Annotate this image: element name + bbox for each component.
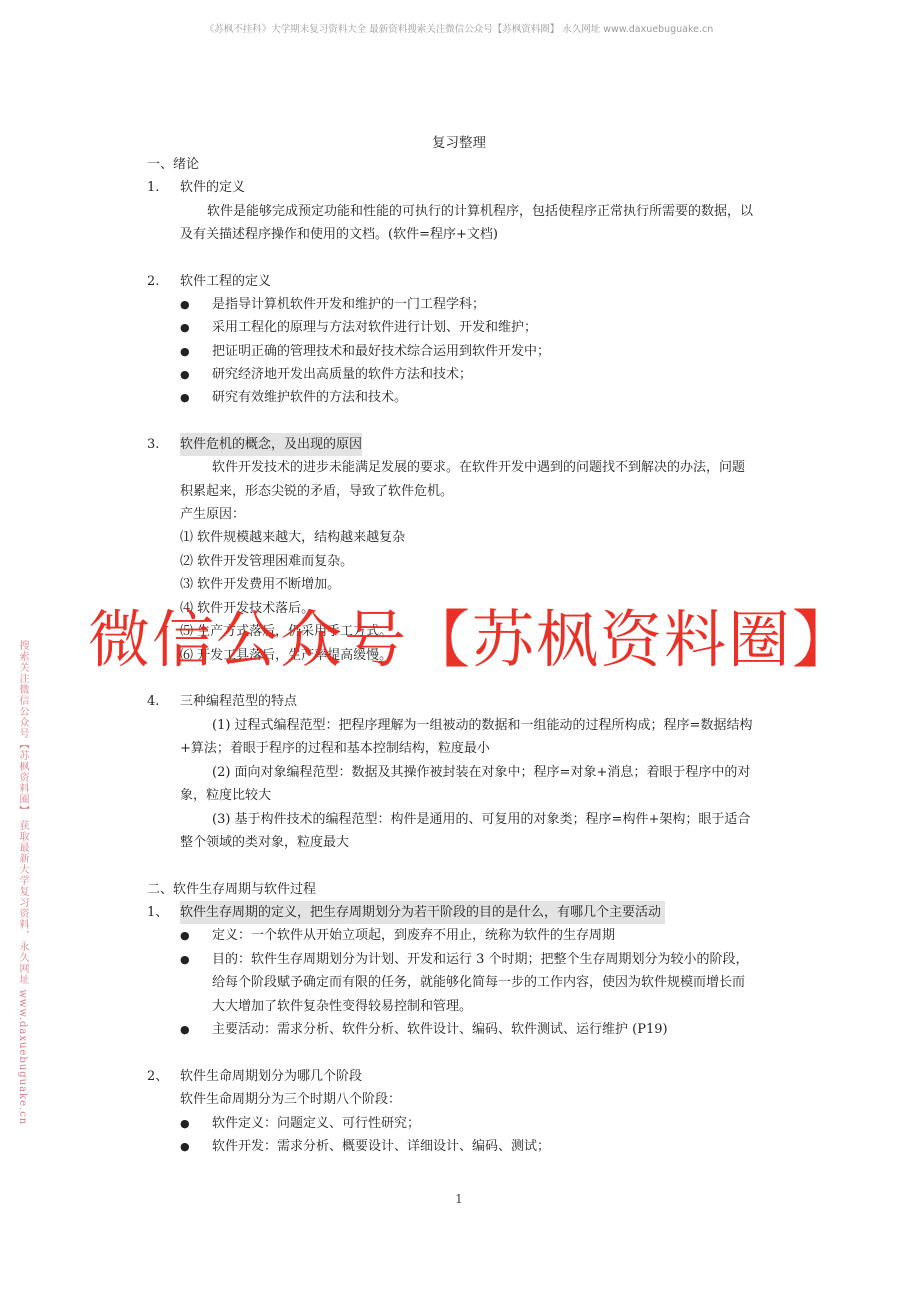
bullet-icon: ●: [180, 340, 190, 363]
item-number: 2.: [147, 274, 159, 289]
bullet-icon: ●: [180, 1112, 190, 1135]
paragraph-line: (1) 过程式编程范型：把程序理解为一组被动的数据和一组能动的过程所构成；程序=…: [212, 714, 752, 737]
paragraph-line: +算法；着眼于程序的过程和基本控制结构，粒度最小: [180, 737, 490, 760]
paragraph-line: 象，粒度比较大: [180, 784, 271, 807]
item-title: 软件工程的定义: [180, 270, 271, 293]
item-number: 1.: [147, 180, 159, 195]
paragraph-line: (3) 基于构件技术的编程范型：构件是通用的、可复用的对象类；程序=构件+架构；…: [212, 808, 750, 831]
reason-item: ⑴ 软件规模越来越大，结构越来越复杂: [180, 526, 405, 549]
header-watermark: 《苏枫不挂科》大学期末复习资料大全 最新资料搜索关注微信公众号【苏枫资料圈】 永…: [0, 21, 918, 35]
reason-item: ⑵ 软件开发管理困难而复杂。: [180, 550, 353, 573]
reason-item: ⑶ 软件开发费用不断增加。: [180, 573, 340, 596]
paragraph-line: 软件开发技术的进步未能满足发展的要求。在软件开发中遇到的问题找不到解决的办法，问…: [212, 456, 745, 479]
item-heading: 1、 软件生存周期的定义，把生存周期划分为若干阶段的目的是什么，有哪几个主要活动: [147, 901, 168, 924]
item-title: 软件生命周期划分为哪几个阶段: [180, 1065, 362, 1088]
paragraph-line: 软件生命周期分为三个时期八个阶段：: [180, 1088, 401, 1111]
list-item-continuation: 给每个阶段赋予确定而有限的任务，就能够化简每一步的工作内容，使因为软件规模而增长…: [212, 971, 745, 994]
item-heading: 2、 软件生命周期划分为哪几个阶段: [147, 1065, 168, 1088]
page-number: 1: [0, 1192, 918, 1206]
item-number: 2、: [147, 1069, 168, 1084]
item-number: 3.: [147, 437, 159, 452]
reasons-label: 产生原因：: [180, 503, 245, 526]
paragraph-line: 整个领域的类对象，粒度最大: [180, 831, 349, 854]
section-heading: 一、绪论: [147, 153, 199, 176]
item-title: 三种编程范型的特点: [180, 690, 297, 713]
item-heading: 4. 三种编程范型的特点: [147, 690, 159, 713]
item-title: 软件的定义: [180, 176, 245, 199]
list-item-continuation: 大大增加了软件复杂性变得较易控制和管理。: [212, 995, 472, 1018]
paragraph-line: 积累起来，形态尖锐的矛盾，导致了软件危机。: [180, 480, 453, 503]
item-heading: 2. 软件工程的定义: [147, 270, 159, 293]
item-heading: 1. 软件的定义: [147, 176, 159, 199]
bullet-icon: ●: [180, 948, 190, 971]
paragraph-line: 及有关描述程序操作和使用的文档。(软件=程序+文档): [180, 223, 498, 246]
item-number: 4.: [147, 694, 159, 709]
bullet-icon: ●: [180, 363, 190, 386]
bullet-icon: ●: [180, 293, 190, 316]
paragraph-line: 软件是能够完成预定功能和性能的可执行的计算机程序，包括使程序正常执行所需要的数据…: [207, 200, 753, 223]
side-watermark: 搜索关注微信公众号【苏枫资料圈】 获取最新大学复习资料，永久网址 www.dax…: [16, 640, 30, 1125]
item-title-highlighted: 软件生存周期的定义，把生存周期划分为若干阶段的目的是什么，有哪几个主要活动: [180, 901, 665, 924]
item-title-highlighted: 软件危机的概念，及出现的原因: [180, 433, 362, 456]
section-heading: 二、软件生存周期与软件过程: [147, 878, 316, 901]
bullet-icon: ●: [180, 316, 190, 339]
bullet-icon: ●: [180, 1135, 190, 1158]
bullet-icon: ●: [180, 924, 190, 947]
paragraph-line: (2) 面向对象编程范型：数据及其操作被封装在对象中；程序=对象+消息；着眼于程…: [212, 761, 750, 784]
overlay-watermark: 微信公众号【苏枫资料圈】: [88, 600, 856, 680]
bullet-icon: ●: [180, 1018, 190, 1041]
item-heading: 3. 软件危机的概念，及出现的原因: [147, 433, 159, 456]
bullet-icon: ●: [180, 386, 190, 409]
page-title: 复习整理: [0, 131, 918, 151]
item-number: 1、: [147, 905, 168, 920]
